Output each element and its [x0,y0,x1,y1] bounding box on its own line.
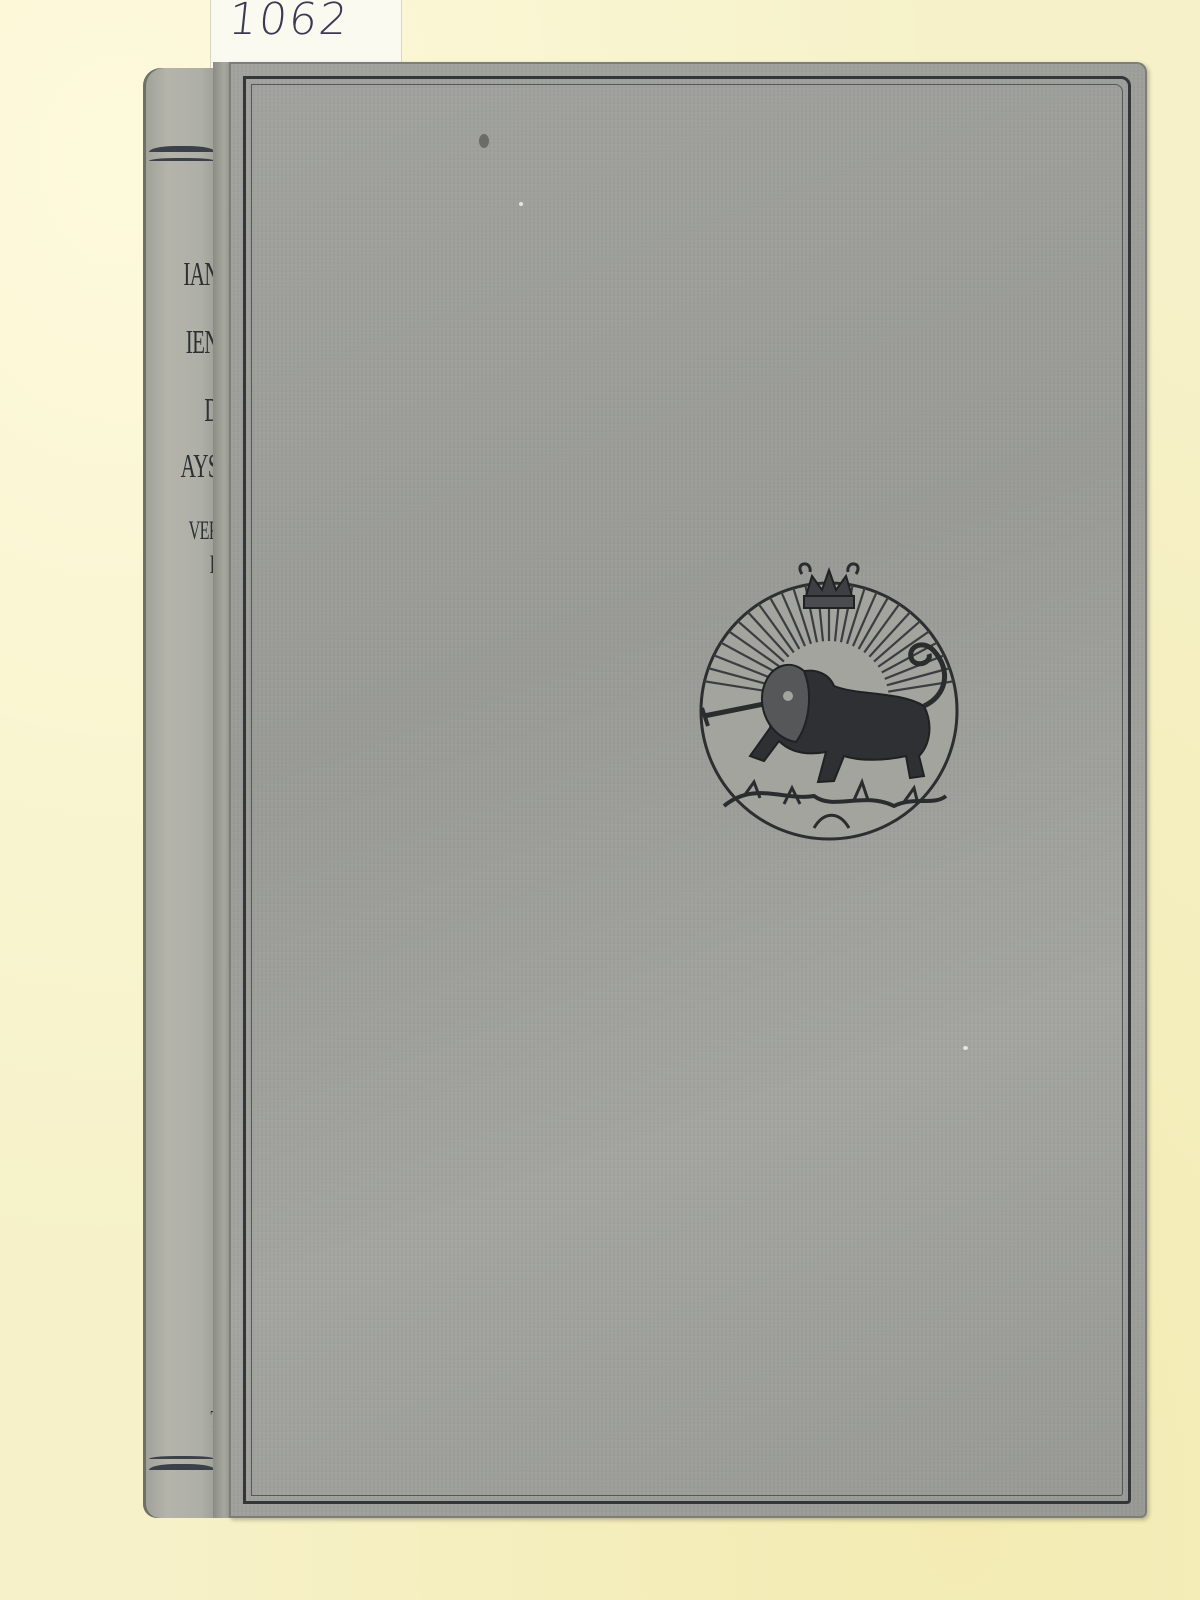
cover-scuff [519,202,523,206]
spine-band-bottom-thin [149,1456,215,1459]
cover-blemish [479,134,489,148]
cover-scuff [963,1046,968,1050]
spine-band-top [149,146,215,152]
spine-band-bottom [149,1464,215,1470]
front-cover [229,62,1147,1518]
catalog-number: 1062 [226,0,351,45]
lion-and-sun-emblem-icon [684,556,974,846]
spine-band-top-thin [149,158,215,161]
catalog-label: 1062 [210,0,402,70]
book: IAN IEN D AYS VER E T [143,62,1143,1518]
